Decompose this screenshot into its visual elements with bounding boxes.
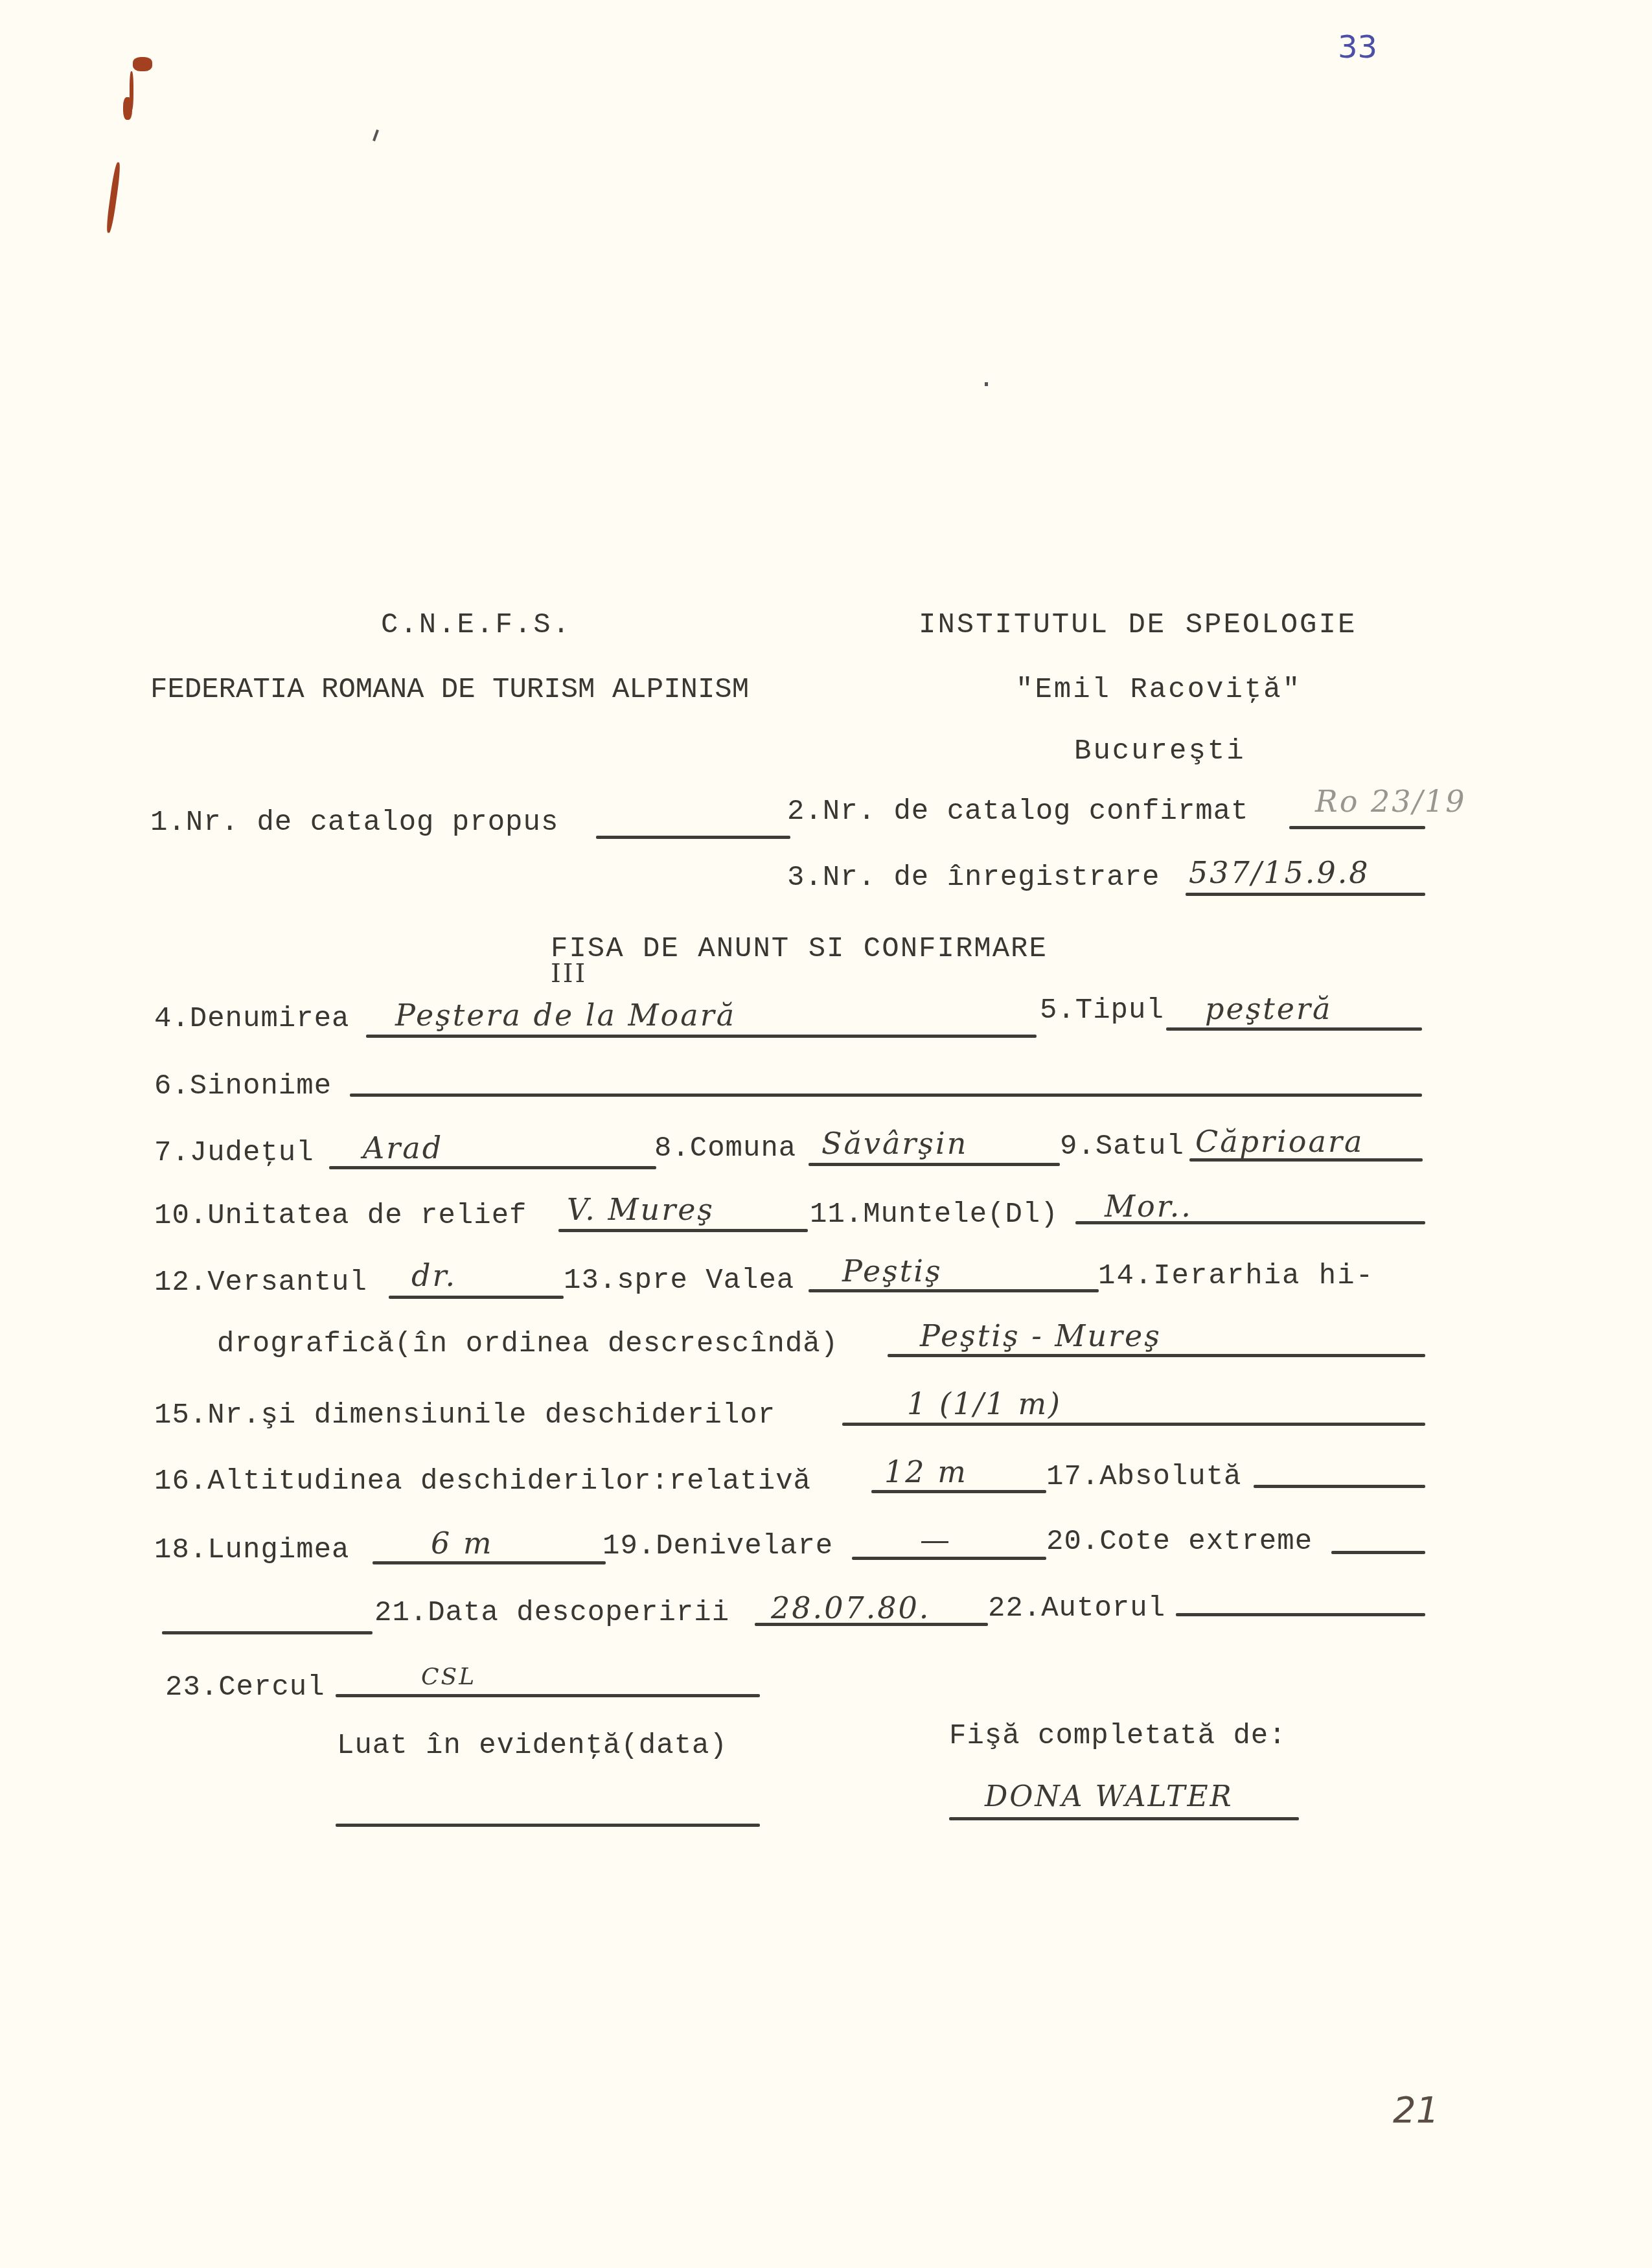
field-2-label: 2.Nr. de catalog confirmat [787, 796, 1249, 828]
field-23-label: 23.Cercul [165, 1671, 325, 1704]
field-14-label-b: drografică(în ordinea descrescîndă) [217, 1328, 838, 1360]
header-institute: INSTITUTUL DE SPEOLOGIE [919, 609, 1357, 641]
field-15-value: 1 (1/1 m) [907, 1386, 1062, 1421]
field-18-value: 6 m [431, 1526, 494, 1561]
field-5-label: 5.Tipul [1040, 994, 1164, 1027]
field-7-label: 7.Judeţul [154, 1137, 314, 1169]
field-22-line[interactable] [1176, 1613, 1425, 1616]
field-4-value: Peştera de la Moară [395, 998, 736, 1033]
field-10-value: V. Mureş [567, 1192, 715, 1227]
field-3-line[interactable] [1186, 893, 1425, 896]
rust-stain [123, 97, 132, 120]
field-19-label: 19.Denivelare [602, 1530, 833, 1563]
field-5-value: peşteră [1205, 991, 1332, 1026]
field-14-line[interactable] [888, 1354, 1425, 1357]
field-4-label: 4.Denumirea [154, 1003, 349, 1035]
field-20-label: 20.Cote extreme [1046, 1526, 1313, 1558]
field-7-line[interactable] [329, 1166, 656, 1169]
field-5-line[interactable] [1166, 1027, 1422, 1031]
header-federation: FEDERATIA ROMANA DE TURISM ALPINISM [150, 674, 749, 706]
speck [373, 130, 379, 141]
field-9-label: 9.Satul [1060, 1130, 1184, 1163]
field-15-line[interactable] [842, 1423, 1425, 1426]
completed-by-label: Fişă completată de: [949, 1720, 1287, 1752]
field-2-line[interactable] [1289, 826, 1425, 829]
rust-stain [105, 162, 121, 233]
field-13-label: 13.spre Valea [564, 1265, 794, 1297]
field-16-value: 12 m [884, 1454, 968, 1489]
field-1-label: 1.Nr. de catalog propus [150, 807, 558, 839]
field-8-line[interactable] [809, 1163, 1060, 1166]
field-20-continuation-line[interactable] [162, 1631, 373, 1634]
field-16-label: 16.Altitudinea deschiderilor:relativă [154, 1465, 811, 1498]
field-10-label: 10.Unitatea de relief [154, 1200, 527, 1232]
field-9-value: Căprioara [1195, 1124, 1364, 1159]
speck [985, 382, 988, 386]
page-number-bottom: 21 [1393, 2089, 1439, 2131]
field-10-line[interactable] [558, 1229, 808, 1232]
field-2-value: Ro 23/19 [1315, 784, 1467, 819]
field-15-label: 15.Nr.şi dimensiunile deschiderilor [154, 1399, 775, 1432]
field-13-line[interactable] [809, 1289, 1099, 1292]
rust-stain [133, 57, 152, 71]
field-17-line[interactable] [1254, 1485, 1425, 1488]
field-18-label: 18.Lungimea [154, 1534, 349, 1566]
field-12-value: dr. [411, 1258, 457, 1293]
field-6-line[interactable] [350, 1094, 1422, 1097]
registered-date-line[interactable] [336, 1824, 760, 1827]
form-title-mark: III [551, 959, 587, 989]
field-12-line[interactable] [389, 1296, 564, 1299]
field-19-value: — [920, 1522, 952, 1557]
field-12-label: 12.Versantul [154, 1266, 367, 1299]
form-title: FISA DE ANUNT SI CONFIRMARE [551, 933, 1048, 965]
field-14-label-a: 14.Ierarhia hi- [1098, 1260, 1374, 1292]
field-11-label: 11.Muntele(Dl) [810, 1198, 1059, 1231]
field-23-value: CSL [421, 1664, 476, 1690]
field-20-line[interactable] [1331, 1551, 1425, 1554]
field-8-value: Săvârşin [821, 1126, 968, 1161]
field-13-value: Peştiş [842, 1254, 943, 1289]
field-1-line[interactable] [596, 836, 790, 839]
header-emil-racovita: "Emil Racoviţă" [1016, 674, 1302, 706]
page-number-top: 33 [1338, 29, 1377, 65]
field-3-value: 537/15.9.8 [1189, 855, 1370, 890]
field-22-label: 22.Autorul [988, 1592, 1165, 1625]
field-4-line[interactable] [366, 1035, 1037, 1038]
field-23-line[interactable] [336, 1694, 760, 1697]
field-8-label: 8.Comuna [654, 1132, 796, 1165]
field-6-label: 6.Sinonime [154, 1070, 332, 1103]
field-18-line[interactable] [373, 1561, 606, 1564]
field-7-value: Arad [363, 1130, 443, 1165]
field-21-label: 21.Data descoperirii [374, 1597, 729, 1629]
field-14-value: Peştiş - Mureş [920, 1318, 1162, 1353]
header-bucuresti: Bucureşti [1074, 735, 1246, 768]
registered-date-label: Luat în evidenţă(data) [337, 1730, 728, 1762]
field-3-label: 3.Nr. de înregistrare [787, 862, 1160, 894]
field-21-value: 28.07.80. [771, 1590, 930, 1625]
field-16-line[interactable] [871, 1490, 1046, 1493]
field-17-label: 17.Absolută [1046, 1461, 1241, 1493]
completed-by-line[interactable] [949, 1817, 1299, 1820]
header-cnefs: C.N.E.F.S. [381, 609, 571, 641]
completed-by-signature: DONA WALTER [985, 1780, 1233, 1813]
field-11-value: Mor.. [1105, 1189, 1193, 1224]
